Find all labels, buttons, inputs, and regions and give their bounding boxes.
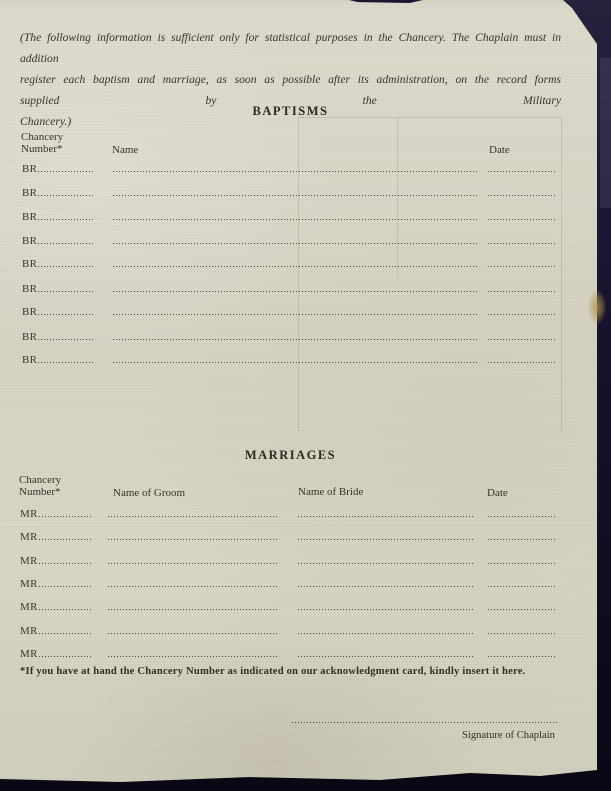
baptism-row: BR (22, 350, 557, 363)
date-field (488, 516, 557, 517)
scan-edge-highlight (600, 58, 611, 208)
marriages-section-title: MARRIAGES (20, 448, 561, 463)
name-field (113, 243, 477, 244)
row-prefix-label: BR (22, 283, 37, 295)
date-field (488, 314, 557, 315)
marriages-date-header: Date (487, 487, 508, 499)
bride-name-field (298, 656, 473, 657)
chancery-number-footnote: *If you have at hand the Chancery Number… (20, 666, 565, 677)
chancery-number-field (38, 195, 95, 196)
chancery-header-line2: Number* (19, 486, 61, 498)
date-field (488, 633, 557, 634)
date-field (488, 291, 557, 292)
name-field (113, 314, 477, 315)
marriages-groom-header: Name of Groom (113, 487, 185, 499)
row-prefix-label: MR (20, 648, 38, 660)
baptism-row: BR (22, 207, 557, 220)
chancery-number-field (38, 266, 95, 267)
row-prefix-label: BR (22, 211, 37, 223)
bride-name-field (298, 633, 473, 634)
date-field (488, 656, 557, 657)
baptisms-section-title: BAPTISMS (20, 104, 561, 119)
baptism-row: BR (22, 183, 557, 196)
row-prefix-label: MR (20, 531, 38, 543)
baptism-row: BR (22, 254, 557, 267)
chancery-number-field (38, 219, 95, 220)
scanned-page: (The following information is sufficient… (0, 0, 611, 791)
date-field (488, 339, 557, 340)
chancery-header-line1: Chancery (19, 474, 61, 486)
chancery-number-field (38, 291, 95, 292)
chancery-number-field (38, 171, 95, 172)
row-prefix-label: MR (20, 578, 38, 590)
date-field (488, 243, 557, 244)
showthrough-line (397, 117, 398, 277)
chancery-number-field (39, 516, 92, 517)
chancery-number-field (39, 563, 92, 564)
chancery-number-field (39, 633, 92, 634)
chancery-number-field (39, 539, 92, 540)
bride-name-field (298, 516, 473, 517)
chancery-number-field (38, 314, 95, 315)
date-field (488, 609, 557, 610)
marriage-row: MR (20, 621, 557, 634)
baptisms-date-header: Date (489, 144, 510, 156)
groom-name-field (108, 516, 278, 517)
row-prefix-label: MR (20, 601, 38, 613)
row-prefix-label: MR (20, 625, 38, 637)
row-prefix-label: BR (22, 163, 37, 175)
baptisms-chancery-number-header: Chancery Number* (21, 132, 63, 155)
name-field (113, 171, 477, 172)
row-prefix-label: BR (22, 235, 37, 247)
chancery-number-field (39, 586, 92, 587)
date-field (488, 195, 557, 196)
date-field (488, 219, 557, 220)
marriages-bride-header: Name of Bride (298, 486, 363, 498)
bride-name-field (298, 539, 473, 540)
row-prefix-label: BR (22, 258, 37, 270)
marriage-row: MR (20, 504, 557, 517)
groom-name-field (108, 586, 278, 587)
name-field (113, 195, 477, 196)
date-field (488, 171, 557, 172)
marriage-row: MR (20, 551, 557, 564)
name-field (113, 291, 477, 292)
row-prefix-label: BR (22, 354, 37, 366)
marriages-chancery-number-header: Chancery Number* (19, 475, 61, 498)
baptism-row: BR (22, 302, 557, 315)
groom-name-field (108, 609, 278, 610)
date-field (488, 563, 557, 564)
row-prefix-label: MR (20, 555, 38, 567)
date-field (488, 362, 557, 363)
paper-form: (The following information is sufficient… (0, 0, 611, 791)
name-field (113, 219, 477, 220)
bride-name-field (298, 563, 473, 564)
marriage-row: MR (20, 527, 557, 540)
chancery-header-line2: Number* (21, 143, 63, 155)
bride-name-field (298, 609, 473, 610)
name-field (113, 339, 477, 340)
marriage-row: MR (20, 644, 557, 657)
paper-edge-stain (588, 290, 606, 324)
chancery-number-field (38, 339, 95, 340)
chancery-number-field (38, 243, 95, 244)
chancery-number-field (39, 609, 92, 610)
signature-label: Signature of Chaplain (462, 730, 555, 741)
row-prefix-label: MR (20, 508, 38, 520)
intro-line-1: (The following information is sufficient… (20, 27, 561, 69)
chancery-number-field (38, 362, 95, 363)
row-prefix-label: BR (22, 331, 37, 343)
marriage-row: MR (20, 574, 557, 587)
chancery-header-line1: Chancery (21, 131, 63, 143)
marriage-row: MR (20, 597, 557, 610)
groom-name-field (108, 539, 278, 540)
signature-field (292, 722, 558, 723)
name-field (113, 266, 477, 267)
groom-name-field (108, 633, 278, 634)
bride-name-field (298, 586, 473, 587)
baptism-row: BR (22, 327, 557, 340)
baptisms-name-header: Name (112, 144, 138, 156)
baptism-row: BR (22, 231, 557, 244)
baptism-row: BR (22, 279, 557, 292)
date-field (488, 539, 557, 540)
baptism-row: BR (22, 159, 557, 172)
groom-name-field (108, 563, 278, 564)
date-field (488, 586, 557, 587)
row-prefix-label: BR (22, 306, 37, 318)
chancery-number-field (39, 656, 92, 657)
name-field (113, 362, 477, 363)
row-prefix-label: BR (22, 187, 37, 199)
date-field (488, 266, 557, 267)
groom-name-field (108, 656, 278, 657)
